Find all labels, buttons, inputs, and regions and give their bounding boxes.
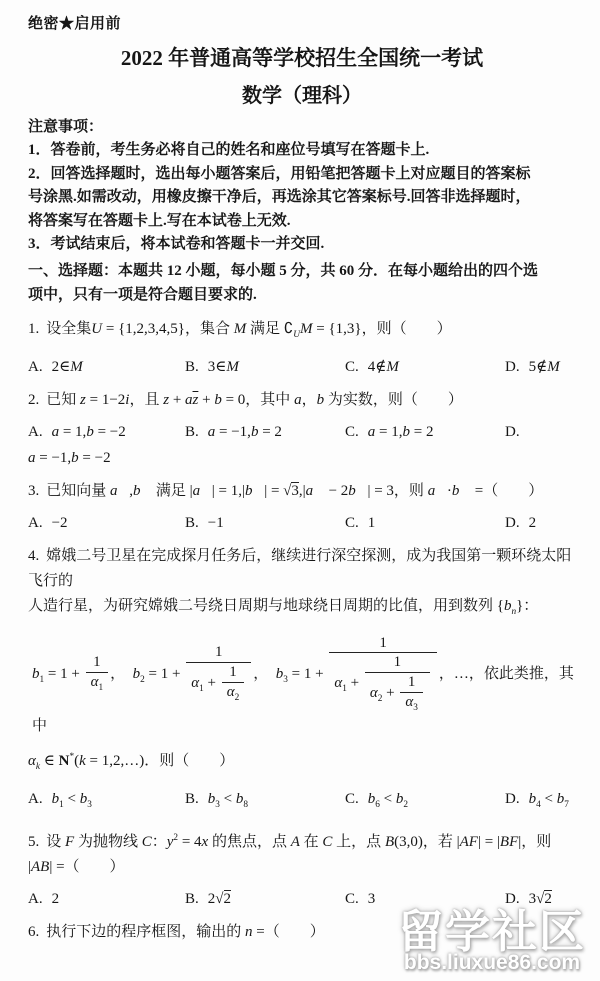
option-text: 3√2 xyxy=(529,891,552,907)
question-4-stem: 4.嫦娥二号卫星在完成探月任务后，继续进行深空探测，成为我国第一颗环绕太阳飞行的… xyxy=(28,544,576,625)
question-4-alpha-condition: αk ∈ N*(k = 1,2,…)．则（ ） xyxy=(28,744,576,780)
question-4-option-c: C.b6 < b2 xyxy=(345,787,505,817)
question-6-stem: 6.执行下边的程序框图，输出的 n =（ ） xyxy=(28,920,576,945)
option-text: 2 xyxy=(52,891,60,907)
option-text: 2 xyxy=(529,515,537,531)
option-text: 1 xyxy=(368,515,376,531)
question-4-text: 嫦娥二号卫星在完成探月任务后，继续进行深空探测，成为我国第一颗环绕太阳飞行的人造… xyxy=(28,548,571,614)
option-text: 2√2 xyxy=(208,891,231,907)
option-label: A. xyxy=(28,791,43,807)
notice-item-2: 2．回答选择题时，选出每小题答案后，用铅笔把答题卡上对应题目的答案标号涂黑.如需… xyxy=(28,163,576,234)
question-5-number: 5. xyxy=(28,834,39,850)
option-text: 3 xyxy=(368,891,376,907)
question-1-text: 设全集U = {1,2,3,4,5}，集合 M 满足 ∁UM = {1,3}，则… xyxy=(46,321,451,337)
option-label: A. xyxy=(28,424,43,440)
option-label: B. xyxy=(185,791,199,807)
option-label: A. xyxy=(28,359,43,375)
question-6-number: 6. xyxy=(28,924,39,940)
option-label: C. xyxy=(345,424,359,440)
question-5-stem: 5.设 F 为抛物线 C：y2 = 4x 的焦点，点 A 在 C 上，点 B(3… xyxy=(28,826,576,880)
section-one-heading: 一、选择题：本题共 12 小题，每小题 5 分，共 60 分．在每小题给出的四个… xyxy=(28,259,576,308)
question-1-number: 1. xyxy=(28,321,39,337)
question-4-option-d: D.b4 < b7 xyxy=(505,787,576,817)
question-3-option-a: A.−2 xyxy=(28,511,185,535)
question-2-option-a: A.a = 1,b = −2 xyxy=(28,420,185,444)
option-label: C. xyxy=(345,791,359,807)
question-3: 3.已知向量 a⃗,b⃗ 满足 |a⃗| = 1,|b⃗| = √3,|a⃗ −… xyxy=(28,479,576,535)
question-5-option-d: D.3√2 xyxy=(505,887,576,911)
option-text: −2 xyxy=(52,515,68,531)
option-label: C. xyxy=(345,359,359,375)
notice-heading: 注意事项： xyxy=(28,115,576,139)
question-4-continued-fraction-formula: b1 = 1 + 1α1， b2 = 1 + 1α1 + 1α2， b3 = 1… xyxy=(32,634,576,736)
question-4-option-b: B.b3 < b8 xyxy=(185,787,345,817)
question-3-option-b: B.−1 xyxy=(185,511,345,535)
option-text: b6 < b2 xyxy=(368,791,408,807)
question-5-text: 设 F 为抛物线 C：y2 = 4x 的焦点，点 A 在 C 上，点 B(3,0… xyxy=(28,834,551,875)
question-1-stem: 1.设全集U = {1,2,3,4,5}，集合 M 满足 ∁UM = {1,3}… xyxy=(28,317,576,348)
question-4-number: 4. xyxy=(28,548,39,564)
exam-title: 2022 年普通高等学校招生全国统一考试 xyxy=(28,42,576,72)
notice-item-1: 1．答卷前，考生务必将自己的姓名和座位号填写在答题卡上. xyxy=(28,139,576,163)
option-label: B. xyxy=(185,891,199,907)
option-text: 4∉M xyxy=(368,359,399,375)
option-text: b4 < b7 xyxy=(529,791,569,807)
question-4: 4.嫦娥二号卫星在完成探月任务后，继续进行深空探测，成为我国第一颗环绕太阳飞行的… xyxy=(28,544,576,818)
question-2-stem: 2.已知 z = 1−2i，且 z + az + b = 0，其中 a，b 为实… xyxy=(28,388,576,413)
question-3-stem: 3.已知向量 a⃗,b⃗ 满足 |a⃗| = 1,|b⃗| = √3,|a⃗ −… xyxy=(28,479,576,504)
question-5-options: A.2 B.2√2 C.3 D.3√2 xyxy=(28,887,576,911)
notice-item-3: 3．考试结束后，将本试卷和答题卡一并交回. xyxy=(28,233,576,257)
option-label: D. xyxy=(505,791,520,807)
question-1-option-d: D.5∉M xyxy=(505,355,576,379)
question-3-option-d: D.2 xyxy=(505,511,576,535)
option-label: A. xyxy=(28,891,43,907)
option-text: a = −1,b = 2 xyxy=(208,424,282,440)
option-label: B. xyxy=(185,359,199,375)
option-label: D. xyxy=(505,891,520,907)
question-5-option-c: C.3 xyxy=(345,887,505,911)
question-2-text: 已知 z = 1−2i，且 z + az + b = 0，其中 a，b 为实数，… xyxy=(46,392,463,408)
option-text: 2∈M xyxy=(52,359,83,375)
question-2-option-d-continuation: a = −1,b = −2 xyxy=(28,446,576,470)
option-text: a = 1,b = −2 xyxy=(52,424,126,440)
option-text: 5∉M xyxy=(529,359,560,375)
question-5-option-b: B.2√2 xyxy=(185,887,345,911)
question-4-options: A.b1 < b3 B.b3 < b8 C.b6 < b2 D.b4 < b7 xyxy=(28,787,576,817)
question-2-option-c: C.a = 1,b = 2 xyxy=(345,420,505,444)
question-1-option-c: C.4∉M xyxy=(345,355,505,379)
question-4-option-a: A.b1 < b3 xyxy=(28,787,185,817)
question-3-options: A.−2 B.−1 C.1 D.2 xyxy=(28,511,576,535)
classification-banner: 绝密★启用前 xyxy=(28,12,576,33)
watermark-site-url: bbs.liuxue86.com xyxy=(398,951,586,975)
question-2-option-d: D. xyxy=(505,420,576,444)
question-6-text: 执行下边的程序框图，输出的 n =（ ） xyxy=(46,924,324,940)
question-1-option-b: B.3∈M xyxy=(185,355,345,379)
option-label: D. xyxy=(505,515,520,531)
option-label: A. xyxy=(28,515,43,531)
question-5: 5.设 F 为抛物线 C：y2 = 4x 的焦点，点 A 在 C 上，点 B(3… xyxy=(28,826,576,911)
option-label: D. xyxy=(505,424,520,440)
question-1: 1.设全集U = {1,2,3,4,5}，集合 M 满足 ∁UM = {1,3}… xyxy=(28,317,576,379)
question-2-number: 2. xyxy=(28,392,39,408)
question-6: 6.执行下边的程序框图，输出的 n =（ ） xyxy=(28,920,576,945)
question-1-options: A.2∈M B.3∈M C.4∉M D.5∉M xyxy=(28,355,576,379)
question-3-option-c: C.1 xyxy=(345,511,505,535)
question-2-options: A.a = 1,b = −2 B.a = −1,b = 2 C.a = 1,b … xyxy=(28,420,576,444)
option-text: 3∈M xyxy=(208,359,239,375)
option-label: D. xyxy=(505,359,520,375)
option-label: C. xyxy=(345,891,359,907)
notice-section: 注意事项： 1．答卷前，考生务必将自己的姓名和座位号填写在答题卡上. 2．回答选… xyxy=(28,115,576,257)
exam-paper-page: 绝密★启用前 2022 年普通高等学校招生全国统一考试 数学（理科） 注意事项：… xyxy=(0,0,600,981)
question-2: 2.已知 z = 1−2i，且 z + az + b = 0，其中 a，b 为实… xyxy=(28,388,576,470)
exam-subtitle: 数学（理科） xyxy=(28,79,576,108)
question-3-number: 3. xyxy=(28,483,39,499)
option-label: C. xyxy=(345,515,359,531)
question-1-option-a: A.2∈M xyxy=(28,355,185,379)
option-label: B. xyxy=(185,424,199,440)
option-text: a = 1,b = 2 xyxy=(368,424,434,440)
question-2-option-b: B.a = −1,b = 2 xyxy=(185,420,345,444)
option-text: −1 xyxy=(208,515,224,531)
option-text: b3 < b8 xyxy=(208,791,248,807)
question-5-option-a: A.2 xyxy=(28,887,185,911)
option-text: b1 < b3 xyxy=(52,791,92,807)
option-label: B. xyxy=(185,515,199,531)
question-3-text: 已知向量 a⃗,b⃗ 满足 |a⃗| = 1,|b⃗| = √3,|a⃗ − 2… xyxy=(46,483,543,499)
